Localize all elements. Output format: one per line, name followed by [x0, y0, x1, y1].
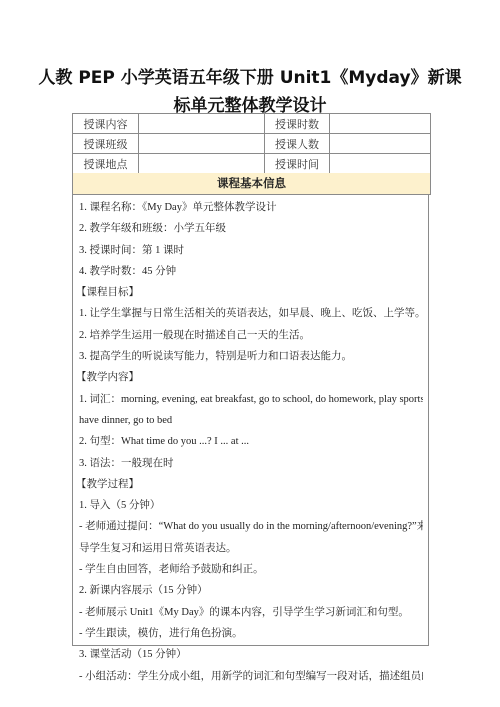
label-cell: 授课地点	[73, 154, 139, 174]
content-line: 2. 新课内容展示（15 分钟）	[79, 580, 423, 601]
content-line: - 学生跟读，模仿，进行角色扮演。	[79, 623, 423, 644]
content-line: 1. 课程名称：《My Day》单元整体教学设计	[79, 197, 423, 218]
content-line: have dinner, go to bed	[79, 410, 423, 431]
value-cell	[330, 154, 431, 174]
content-line: - 小组活动：学生分成小组，用新学的词汇和句型编写一段对话，描述组员的	[79, 666, 423, 687]
content-line: 1. 导入（5 分钟）	[79, 495, 423, 516]
content-line: 1. 让学生掌握与日常生活相关的英语表达，如早晨、晚上、吃饭、上学等。	[79, 303, 423, 324]
value-cell	[139, 114, 265, 134]
course-info-table: 授课内容 授课时数 授课班级 授课人数 授课地点 授课时间	[72, 113, 431, 174]
table-row: 授课地点 授课时间	[73, 154, 431, 174]
table-row: 授课内容 授课时数	[73, 114, 431, 134]
label-cell: 授课内容	[73, 114, 139, 134]
value-cell	[330, 134, 431, 154]
content-line: 导学生复习和运用日常英语表达。	[79, 538, 423, 559]
label-cell: 授课班级	[73, 134, 139, 154]
value-cell	[330, 114, 431, 134]
label-cell: 授课时间	[265, 154, 330, 174]
content-line: 2. 教学年级和班级：小学五年级	[79, 218, 423, 239]
document-title-line-1: 人教 PEP 小学英语五年级下册 Unit1《Myday》新课	[0, 63, 500, 88]
label-cell: 授课时数	[265, 114, 330, 134]
content-line: - 老师展示 Unit1《My Day》的课本内容，引导学生学习新词汇和句型。	[79, 602, 423, 623]
content-line: 1. 词汇：morning, evening, eat breakfast, g…	[79, 389, 423, 410]
content-line: - 学生自由回答，老师给予鼓励和纠正。	[79, 559, 423, 580]
content-line: 2. 培养学生运用一般现在时描述自己一天的生活。	[79, 325, 423, 346]
content-line: 4. 教学时数：45 分钟	[79, 261, 423, 282]
value-cell	[139, 134, 265, 154]
content-line: 3. 授课时间：第 1 课时	[79, 240, 423, 261]
content-line: - 老师通过提问：“What do you usually do in the …	[79, 516, 423, 537]
value-cell	[139, 154, 265, 174]
subsection-heading: 【课程目标】	[76, 282, 423, 303]
section-heading: 课程基本信息	[72, 173, 431, 195]
content-line: 2. 句型：What time do you ...? I ... at ...	[79, 431, 423, 452]
content-line: 3. 课堂活动（15 分钟）	[79, 644, 423, 665]
subsection-heading: 【教学内容】	[76, 367, 423, 388]
subsection-heading: 【教学过程】	[76, 474, 423, 495]
label-cell: 授课人数	[265, 134, 330, 154]
content-line: 3. 提高学生的听说读写能力，特别是听力和口语表达能力。	[79, 346, 423, 367]
section-content: 1. 课程名称：《My Day》单元整体教学设计 2. 教学年级和班级：小学五年…	[72, 194, 429, 646]
content-line: 3. 语法：一般现在时	[79, 453, 423, 474]
table-row: 授课班级 授课人数	[73, 134, 431, 154]
